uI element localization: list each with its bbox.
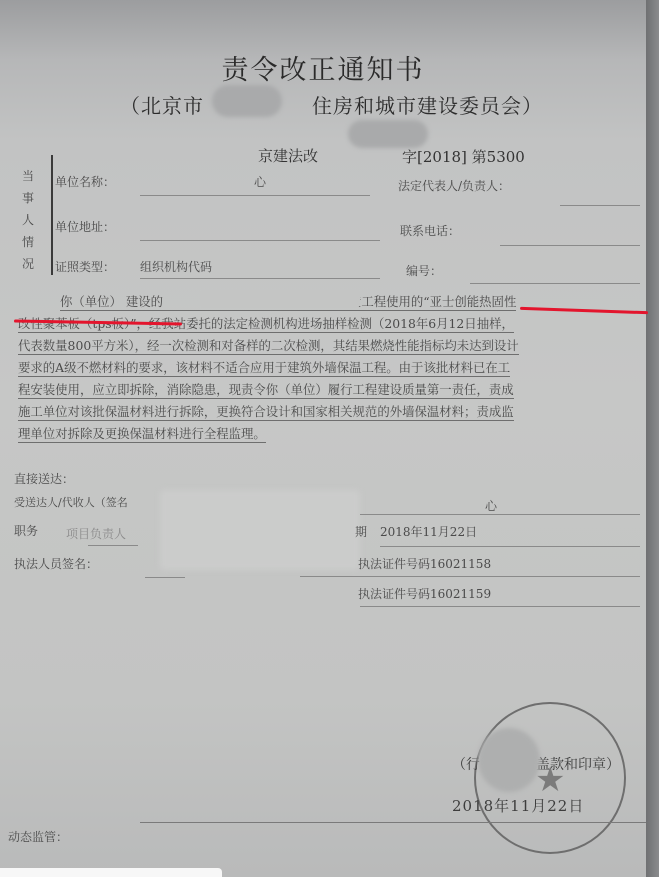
enforcer-cert-2: 执法证件号码16021159 [358,585,491,602]
reference-prefix: 京建法改 [258,145,318,166]
side-char: 情 [22,231,36,253]
delivery-date: 2018年11月22日 [380,523,477,540]
number-label: 编号： [406,262,442,279]
phone-underline [500,245,640,246]
signature-underline [145,577,185,578]
unit-name-label: 单位名称： [55,173,115,190]
body-line-7: 理单位对拆除及更换保温材料进行全程监理。 [18,424,266,443]
id-type-label: 证照类型： [55,258,115,275]
delivery-method-label: 直接送达： [14,470,74,487]
redaction-blur [478,728,540,792]
body-line-4: 要求的A级不燃材料的要求，该材料不适合应用于建筑外墙保温工程。由于该批材料已在工 [18,358,510,377]
redaction-blur [348,120,428,148]
party-side-label: 当 事 人 情 况 [22,165,36,275]
side-char: 事 [22,187,36,209]
issuer-prefix: （北京市 [120,94,204,118]
enforcer-cert-1: 执法证件号码16021158 [358,555,491,572]
cert-1-underline [300,576,640,577]
enforcer-signature-label: 执法人员签名： [14,555,98,572]
issuer-suffix: 住房和城市建设委员会） [312,94,543,118]
paper-edge [646,0,659,877]
id-type-underline [140,278,380,279]
redaction-blur [200,290,360,308]
unit-address-label: 单位地址： [55,218,115,235]
unit-address-underline [140,240,380,241]
position-underline [88,545,138,546]
document-title: 责令改正通知书 [0,48,646,87]
overlay-box [0,868,222,877]
position-label: 职务 [14,522,38,539]
supervision-label: 动态监管： [8,828,68,845]
legal-rep-label: 法定代表人/负责人： [398,177,510,194]
unit-name-value: 心 [254,173,266,190]
issuer-line: （北京市住房和城市建设委员会） [120,90,543,119]
id-type-value: 组织机构代码 [140,258,212,275]
body-line-5: 程安装使用，应立即拆除，消除隐患，现责令你（单位）履行工程建设质量第一责任，责成 [18,380,514,399]
date-label: 期 [355,523,367,540]
legal-rep-underline [560,205,640,206]
unit-name-underline [140,195,370,196]
party-section-divider [51,155,53,275]
redaction-blur [212,85,282,117]
reference-number: 字[2018] 第5300 [402,146,525,167]
footer-divider [140,822,646,823]
side-char: 当 [22,165,36,187]
recipient-underline [360,514,640,515]
seal-date: 2018年11月22日 [452,795,584,816]
redaction-blur [160,490,360,570]
recipient-value: 心 [485,497,497,514]
position-value: 项目负责人 [66,525,126,542]
body-line-3: 代表数量800平方米），经一次检测和对备样的二次检测，其结果燃烧性能指标均未达到… [18,336,519,355]
cert-2-underline [360,606,640,607]
date-underline [380,546,640,547]
body-line-6: 施工单位对该批保温材料进行拆除，更换符合设计和国家相关规范的外墙保温材料；责成监 [18,402,514,421]
number-underline [470,283,640,284]
side-char: 人 [22,209,36,231]
recipient-label: 受送达人/代收人（签名 [14,494,128,510]
side-char: 况 [22,253,36,275]
phone-label: 联系电话： [400,222,460,239]
